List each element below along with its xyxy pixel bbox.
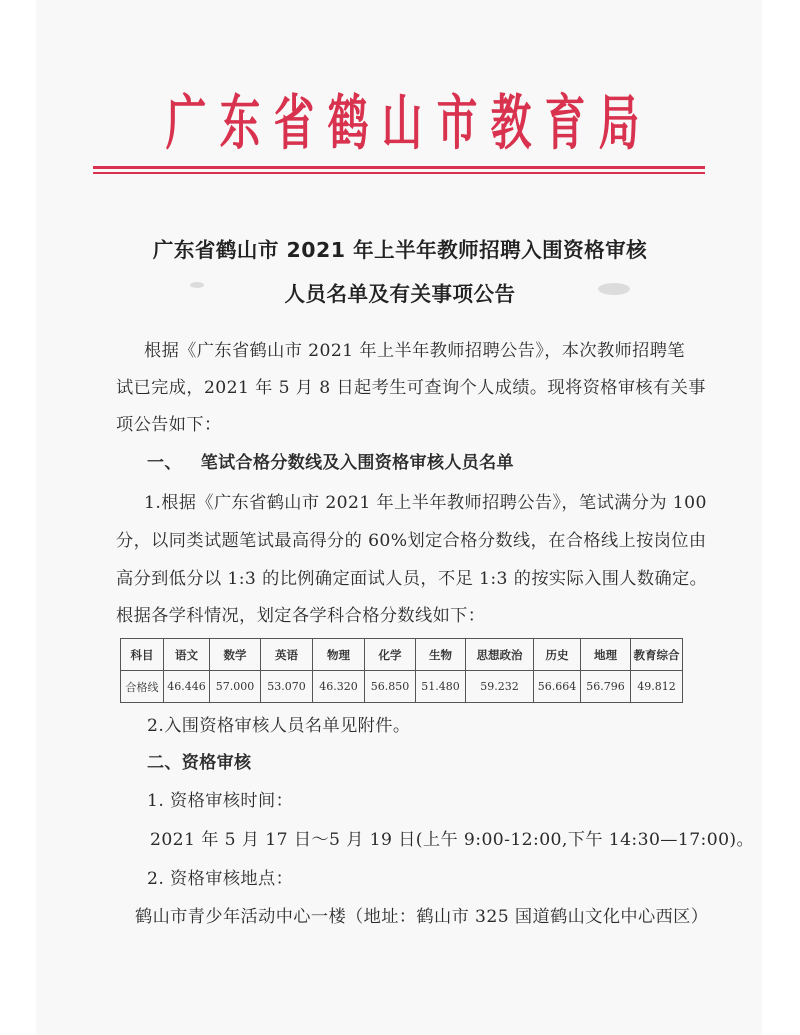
table-header-cell: 教育综合: [631, 639, 683, 671]
masthead-char: 山: [382, 90, 423, 159]
masthead: 广 东 省 鹤 山 市 教 育 局: [160, 88, 645, 160]
section-2-item-2-label: 2. 资格审核地点：: [147, 868, 293, 890]
table-header-cell: 数学: [210, 639, 261, 671]
intro-line-2: 试已完成，2021 年 5 月 8 日起考生可查询个人成绩。现将资格审核有关事: [116, 377, 706, 399]
table-header-cell: 英语: [261, 639, 313, 671]
section-2-item-1-label: 1. 资格审核时间：: [147, 790, 293, 812]
table-cell: 59.232: [466, 671, 534, 703]
table-header-cell: 语文: [164, 639, 210, 671]
section-1-item-1-line-3: 高分到低分以 1:3 的比例确定面试人员，不足 1:3 的按实际入围人数确定。: [116, 568, 707, 590]
section-1-item-1-line-1: 1.根据《广东省鹤山市 2021 年上半年教师招聘公告》，笔试满分为 100: [144, 492, 707, 514]
table-row-label: 合格线: [121, 671, 164, 703]
table-cell: 57.000: [210, 671, 261, 703]
document-title-line-2: 人员名单及有关事项公告: [0, 277, 800, 307]
intro-line-1: 根据《广东省鹤山市 2021 年上半年教师招聘公告》，本次教师招聘笔: [144, 340, 685, 362]
table-header-cell: 历史: [534, 639, 581, 671]
section-1-item-1-line-4: 根据各学科情况，划定各学科合格分数线如下：: [116, 605, 485, 627]
table-row: 合格线 46.446 57.000 53.070 46.320 56.850 5…: [121, 671, 683, 703]
table-cell: 53.070: [261, 671, 313, 703]
table-header-cell: 地理: [581, 639, 631, 671]
table-cell: 46.320: [313, 671, 365, 703]
masthead-char: 东: [220, 90, 261, 159]
masthead-char: 育: [544, 90, 585, 159]
table-cell: 49.812: [631, 671, 683, 703]
masthead-char: 广: [166, 90, 207, 159]
table-header-row: 科目 语文 数学 英语 物理 化学 生物 思想政治 历史 地理 教育综合: [121, 639, 683, 671]
passing-score-table: 科目 语文 数学 英语 物理 化学 生物 思想政治 历史 地理 教育综合 合格线…: [120, 638, 683, 703]
table-header-cell: 科目: [121, 639, 164, 671]
intro-line-3: 项公告如下：: [116, 414, 222, 436]
masthead-rule-thin: [93, 172, 705, 174]
masthead-char: 市: [436, 90, 477, 159]
document-title-line-1: 广东省鹤山市 2021 年上半年教师招聘入围资格审核: [0, 233, 800, 263]
section-1-item-2: 2.入围资格审核人员名单见附件。: [147, 715, 410, 737]
section-2-heading: 二、资格审核: [147, 752, 251, 774]
table-cell: 56.850: [365, 671, 416, 703]
section-2-item-1-value: 2021 年 5 月 17 日～5 月 19 日(上午 9:00-12:00,下…: [150, 829, 754, 851]
table-cell: 56.664: [534, 671, 581, 703]
table-cell: 51.480: [416, 671, 466, 703]
table-header-cell: 物理: [313, 639, 365, 671]
masthead-char: 鹤: [328, 90, 369, 159]
masthead-char: 局: [599, 90, 640, 159]
section-1-heading: 一、 笔试合格分数线及入围资格审核人员名单: [147, 452, 514, 474]
section-1-item-1-line-2: 分，以同类试题笔试最高得分的 60%划定合格分数线，在合格线上按岗位由: [116, 530, 706, 552]
masthead-rule-thick: [93, 166, 705, 169]
table-cell: 56.796: [581, 671, 631, 703]
masthead-char: 教: [490, 90, 531, 159]
section-2-item-2-value: 鹤山市青少年活动中心一楼（地址：鹤山市 325 国道鹤山文化中心西区）: [135, 906, 708, 928]
table-header-cell: 化学: [365, 639, 416, 671]
table-cell: 46.446: [164, 671, 210, 703]
table-header-cell: 生物: [416, 639, 466, 671]
table-header-cell: 思想政治: [466, 639, 534, 671]
masthead-char: 省: [274, 90, 315, 159]
